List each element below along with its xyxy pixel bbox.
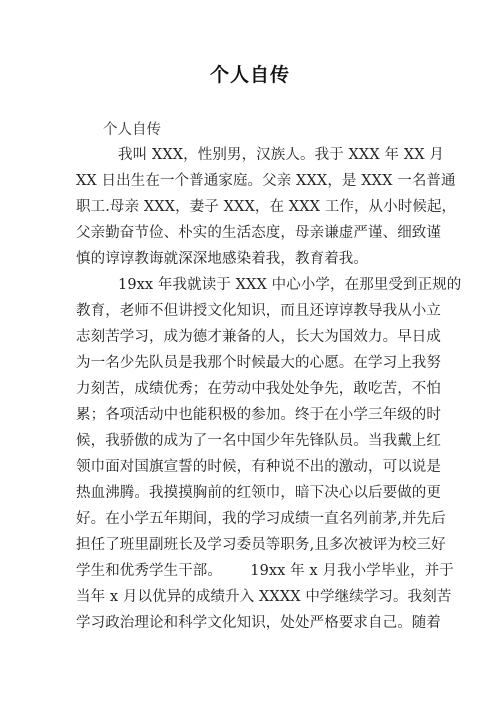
paragraph-line: 为一名少先队员是我那个时候最大的心愿。在学习上我努 <box>76 350 426 376</box>
paragraph-line: 领巾面对国旗宣誓的时候，有种说不出的激动，可以说是 <box>76 454 426 480</box>
paragraph-line: 职工.母亲 XXX，妻子 XXX，在 XXX 工作，从小时候起， <box>76 194 426 220</box>
paragraph-line: 力刻苦，成绩优秀；在劳动中我处处争先，敢吃苦，不怕 <box>76 376 426 402</box>
paragraph-line: 候，我骄傲的成为了一名中国少年先锋队员。当我戴上红 <box>76 428 426 454</box>
paragraph-line: 好。在小学五年期间，我的学习成绩一直名列前茅,并先后 <box>76 506 426 532</box>
paragraph-line: 当年 x 月以优异的成绩升入 XXXX 中学继续学习。我刻苦 <box>76 584 426 610</box>
document-subtitle: 个人自传 <box>103 118 161 139</box>
document-title: 个人自传 <box>0 60 500 87</box>
paragraph-line: 19xx 年我就读于 XXX 中心小学，在那里受到正规的 <box>76 272 426 298</box>
paragraph-line: 热血沸腾。我摸摸胸前的红领巾，暗下决心以后要做的更 <box>76 480 426 506</box>
paragraph-line: 志刻苦学习，成为德才兼备的人，长大为国效力。早日成 <box>76 324 426 350</box>
paragraph-line: 学生和优秀学生干部。 19xx 年 x 月我小学毕业，并于 <box>76 558 426 584</box>
paragraph-line: 担任了班里副班长及学习委员等职务,且多次被评为校三好 <box>76 532 426 558</box>
paragraph-line: 慎的谆谆教诲就深深地感染着我，教育着我。 <box>76 246 426 272</box>
paragraph-line: 教育，老师不但讲授文化知识，而且还谆谆教导我从小立 <box>76 298 426 324</box>
document-body: 我叫 XXX，性别男，汉族人。我于 XXX 年 XX 月 XX 日出生在一个普通… <box>76 142 426 636</box>
paragraph-line: 学习政治理论和科学文化知识，处处严格要求自己。随着 <box>76 610 426 636</box>
paragraph-line: 我叫 XXX，性别男，汉族人。我于 XXX 年 XX 月 <box>76 142 426 168</box>
paragraph-line: 累；各项活动中也能积极的参加。终于在小学三年级的时 <box>76 402 426 428</box>
paragraph-line: 父亲勤奋节俭、朴实的生活态度，母亲谦虚严谨、细致谨 <box>76 220 426 246</box>
paragraph-line: XX 日出生在一个普通家庭。父亲 XXX，是 XXX 一名普通 <box>76 168 426 194</box>
